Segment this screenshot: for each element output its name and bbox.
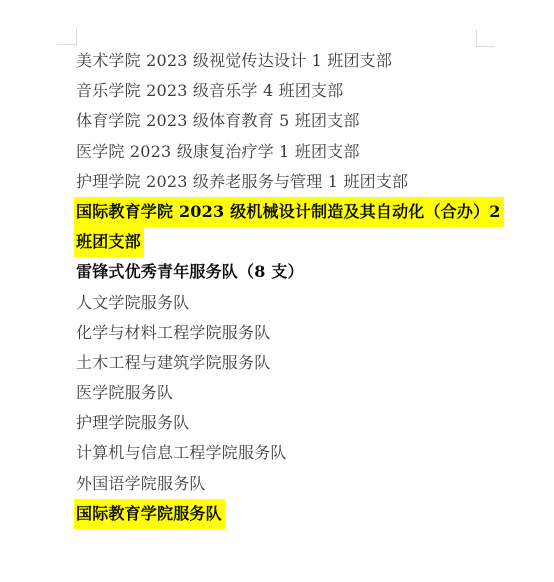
- document-page: 美术学院 2023 级视觉传达设计 1 班团支部音乐学院 2023 级音乐学 4…: [0, 0, 554, 582]
- highlighted-document-line: 班团支部: [76, 227, 482, 257]
- document-line: 护理学院服务队: [76, 408, 482, 438]
- document-text-block: 美术学院 2023 级视觉传达设计 1 班团支部音乐学院 2023 级音乐学 4…: [76, 46, 482, 529]
- text-boundary-mark-top-left: [57, 28, 77, 45]
- highlighted-text: 国际教育学院服务队: [74, 499, 225, 529]
- highlighted-document-line: 国际教育学院 2023 级机械设计制造及其自动化（合办）2: [76, 197, 482, 227]
- document-line: 化学与材料工程学院服务队: [76, 318, 482, 348]
- document-line: 土木工程与建筑学院服务队: [76, 348, 482, 378]
- highlighted-text: 国际教育学院 2023 级机械设计制造及其自动化（合办）2: [74, 197, 504, 227]
- document-line: 医学院服务队: [76, 378, 482, 408]
- document-line: 人文学院服务队: [76, 288, 482, 318]
- document-line: 音乐学院 2023 级音乐学 4 班团支部: [76, 76, 482, 106]
- document-line: 护理学院 2023 级养老服务与管理 1 班团支部: [76, 167, 482, 197]
- document-line: 医学院 2023 级康复治疗学 1 班团支部: [76, 137, 482, 167]
- document-line: 体育学院 2023 级体育教育 5 班团支部: [76, 106, 482, 136]
- document-line: 外国语学院服务队: [76, 469, 482, 499]
- document-line: 雷锋式优秀青年服务队（8 支）: [76, 257, 482, 287]
- document-line: 计算机与信息工程学院服务队: [76, 438, 482, 468]
- highlighted-text: 班团支部: [74, 227, 144, 257]
- text-boundary-mark-top-right: [476, 29, 495, 47]
- highlighted-document-line: 国际教育学院服务队: [76, 499, 482, 529]
- document-line: 美术学院 2023 级视觉传达设计 1 班团支部: [76, 46, 482, 76]
